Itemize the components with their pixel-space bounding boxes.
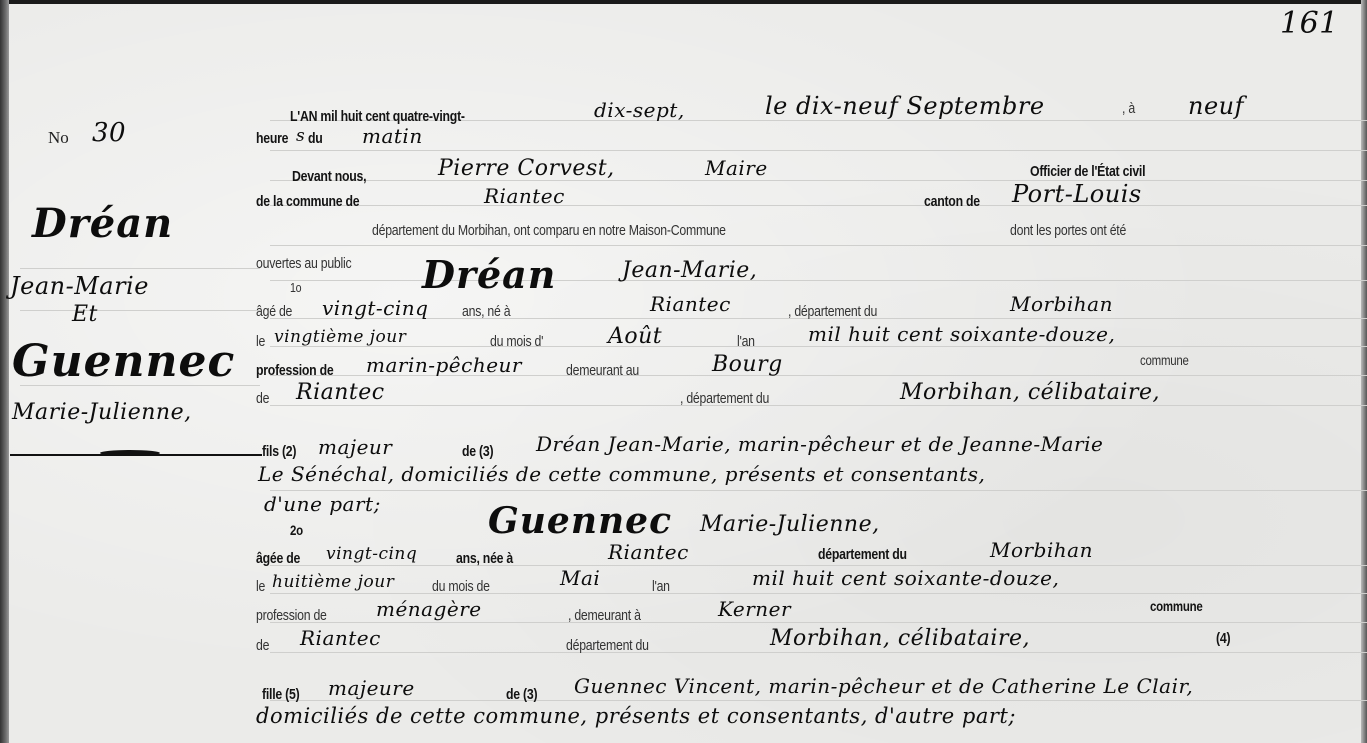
time-of-day: matin bbox=[362, 124, 423, 148]
du-label: du bbox=[308, 130, 323, 147]
ruled-line bbox=[20, 310, 260, 311]
public-clause: ouvertes au public bbox=[256, 255, 351, 272]
heure-plural: s bbox=[296, 126, 305, 146]
margin-given-groom: Jean-Marie bbox=[10, 272, 149, 300]
groom-filiation-label: fils (2) bbox=[262, 443, 296, 460]
bride-profession-label: profession de bbox=[256, 607, 327, 624]
bride-commune-label: commune bbox=[1150, 598, 1203, 614]
bride-parents-line2: domiciliés de cette commune, présents et… bbox=[256, 704, 1016, 728]
ruled-line bbox=[270, 245, 1367, 246]
bride-day-label: le bbox=[256, 578, 265, 595]
ruled-line bbox=[270, 205, 1367, 206]
groom-birth-day: vingtième jour bbox=[274, 327, 406, 347]
hour-handwritten: neuf bbox=[1188, 92, 1244, 120]
groom-dept: Morbihan bbox=[1010, 292, 1113, 316]
groom-commune: Riantec bbox=[296, 380, 385, 405]
ruled-line bbox=[20, 268, 260, 269]
canton-name: Port-Louis bbox=[1012, 180, 1142, 208]
bride-filiation-label: fille (5) bbox=[262, 686, 299, 703]
groom-residence: Bourg bbox=[712, 352, 783, 377]
margin-surname-bride: Guennec bbox=[12, 336, 235, 387]
year-handwritten: dix-sept, bbox=[594, 98, 685, 122]
groom-parents-line1: Dréan Jean-Marie, marin-pêcheur et de Je… bbox=[536, 432, 1103, 456]
bride-profession: ménagère bbox=[376, 597, 482, 621]
bride-age-label: âgée de bbox=[256, 550, 300, 567]
bride-residence-label: , demeurant à bbox=[568, 607, 641, 624]
doors-clause: dont les portes ont été bbox=[1010, 222, 1126, 239]
groom-birthplace: Riantec bbox=[650, 292, 731, 316]
ruled-line bbox=[270, 622, 1367, 623]
bride-dept: Morbihan bbox=[990, 538, 1093, 562]
ruled-line bbox=[270, 346, 1367, 347]
bride-commune-prefix: de bbox=[256, 637, 269, 654]
ruled-line bbox=[270, 490, 1367, 491]
groom-parents-line3: d'une part; bbox=[264, 492, 381, 516]
groom-day-label: le bbox=[256, 333, 265, 350]
margin-given-bride: Marie-Julienne, bbox=[12, 400, 192, 425]
bride-note-ref: (4) bbox=[1216, 630, 1230, 647]
groom-number: 1o bbox=[290, 280, 301, 295]
folio-number: 161 bbox=[1280, 6, 1339, 41]
groom-given: Jean-Marie, bbox=[622, 258, 757, 283]
commune-label: de la commune de bbox=[256, 193, 359, 210]
mayor-title: Maire bbox=[705, 156, 768, 180]
officer-label: Officier de l'État civil bbox=[1030, 163, 1145, 180]
margin-separator-flourish bbox=[100, 450, 160, 456]
bride-birth-day: huitième jour bbox=[272, 572, 394, 592]
bride-age: vingt-cinq bbox=[326, 544, 417, 564]
department-clause: département du Morbihan, ont comparu en … bbox=[372, 222, 726, 239]
bride-parents-line1: Guennec Vincent, marin-pêcheur et de Cat… bbox=[574, 674, 1193, 698]
groom-birth-month: Août bbox=[608, 324, 662, 349]
heure-label: heure bbox=[256, 130, 288, 147]
groom-commune-prefix: de bbox=[256, 390, 269, 407]
groom-of-label: de (3) bbox=[462, 443, 493, 460]
bride-age-suffix: ans, née à bbox=[456, 550, 513, 567]
groom-age: vingt-cinq bbox=[322, 296, 428, 320]
date-handwritten: le dix-neuf Septembre bbox=[765, 92, 1045, 120]
ruled-line bbox=[270, 700, 1367, 701]
register-page: 161 No 30 Dréan Jean-Marie Et Guennec Ma… bbox=[0, 0, 1367, 743]
bride-birth-year: mil huit cent soixante-douze, bbox=[752, 566, 1059, 590]
commune-name: Riantec bbox=[484, 184, 565, 208]
bride-dept2-label: département du bbox=[566, 637, 649, 654]
bride-surname: Guennec bbox=[488, 500, 672, 542]
margin-conjunction: Et bbox=[72, 302, 98, 327]
entry-number: 30 bbox=[92, 118, 126, 148]
scan-right-edge bbox=[1361, 0, 1367, 743]
ruled-line bbox=[270, 150, 1367, 151]
bride-of-label: de (3) bbox=[506, 686, 537, 703]
groom-filiation-status: majeur bbox=[318, 435, 392, 459]
bride-month-label: du mois de bbox=[432, 578, 490, 595]
bride-number: 2o bbox=[290, 522, 303, 538]
bride-residence: Kerner bbox=[718, 597, 791, 621]
groom-age-suffix: ans, né à bbox=[462, 303, 510, 320]
groom-parents-line2: Le Sénéchal, domiciliés de cette commune… bbox=[258, 462, 985, 486]
bride-year-label: l'an bbox=[652, 578, 670, 595]
scan-top-edge bbox=[0, 0, 1367, 4]
groom-commune-label: commune bbox=[1140, 352, 1189, 368]
bride-filiation-status: majeure bbox=[328, 676, 415, 700]
groom-dept-label: , département du bbox=[788, 303, 877, 320]
bride-dept2: Morbihan, célibataire, bbox=[770, 626, 1030, 651]
year-printed: L'AN mil huit cent quatre-vingt- bbox=[290, 108, 465, 125]
ruled-line bbox=[270, 652, 1367, 653]
bride-birthplace: Riantec bbox=[608, 540, 689, 564]
margin-surname-groom: Dréan bbox=[32, 200, 173, 247]
groom-surname: Dréan bbox=[422, 252, 556, 297]
groom-age-label: âgé de bbox=[256, 303, 292, 320]
bride-given: Marie-Julienne, bbox=[700, 512, 880, 537]
comma-a: , à bbox=[1122, 100, 1135, 117]
bride-dept-label: département du bbox=[818, 546, 907, 563]
ruled-line bbox=[270, 180, 1367, 181]
ruled-line bbox=[270, 405, 1367, 406]
mayor-name: Pierre Corvest, bbox=[438, 156, 615, 181]
groom-profession: marin-pêcheur bbox=[366, 353, 522, 377]
entry-number-label: No bbox=[48, 128, 69, 148]
groom-dept2-label: , département du bbox=[680, 390, 769, 407]
canton-label: canton de bbox=[924, 193, 980, 210]
groom-profession-label: profession de bbox=[256, 362, 333, 379]
devant-nous-label: Devant nous, bbox=[292, 168, 366, 185]
groom-dept2: Morbihan, célibataire, bbox=[900, 380, 1160, 405]
bride-commune: Riantec bbox=[300, 626, 381, 650]
groom-residence-label: demeurant au bbox=[566, 362, 639, 379]
binding-edge bbox=[0, 0, 9, 743]
groom-birth-year: mil huit cent soixante-douze, bbox=[808, 322, 1115, 346]
groom-year-label: l'an bbox=[737, 333, 755, 350]
groom-month-label: du mois d' bbox=[490, 333, 543, 350]
bride-birth-month: Mai bbox=[560, 566, 600, 590]
